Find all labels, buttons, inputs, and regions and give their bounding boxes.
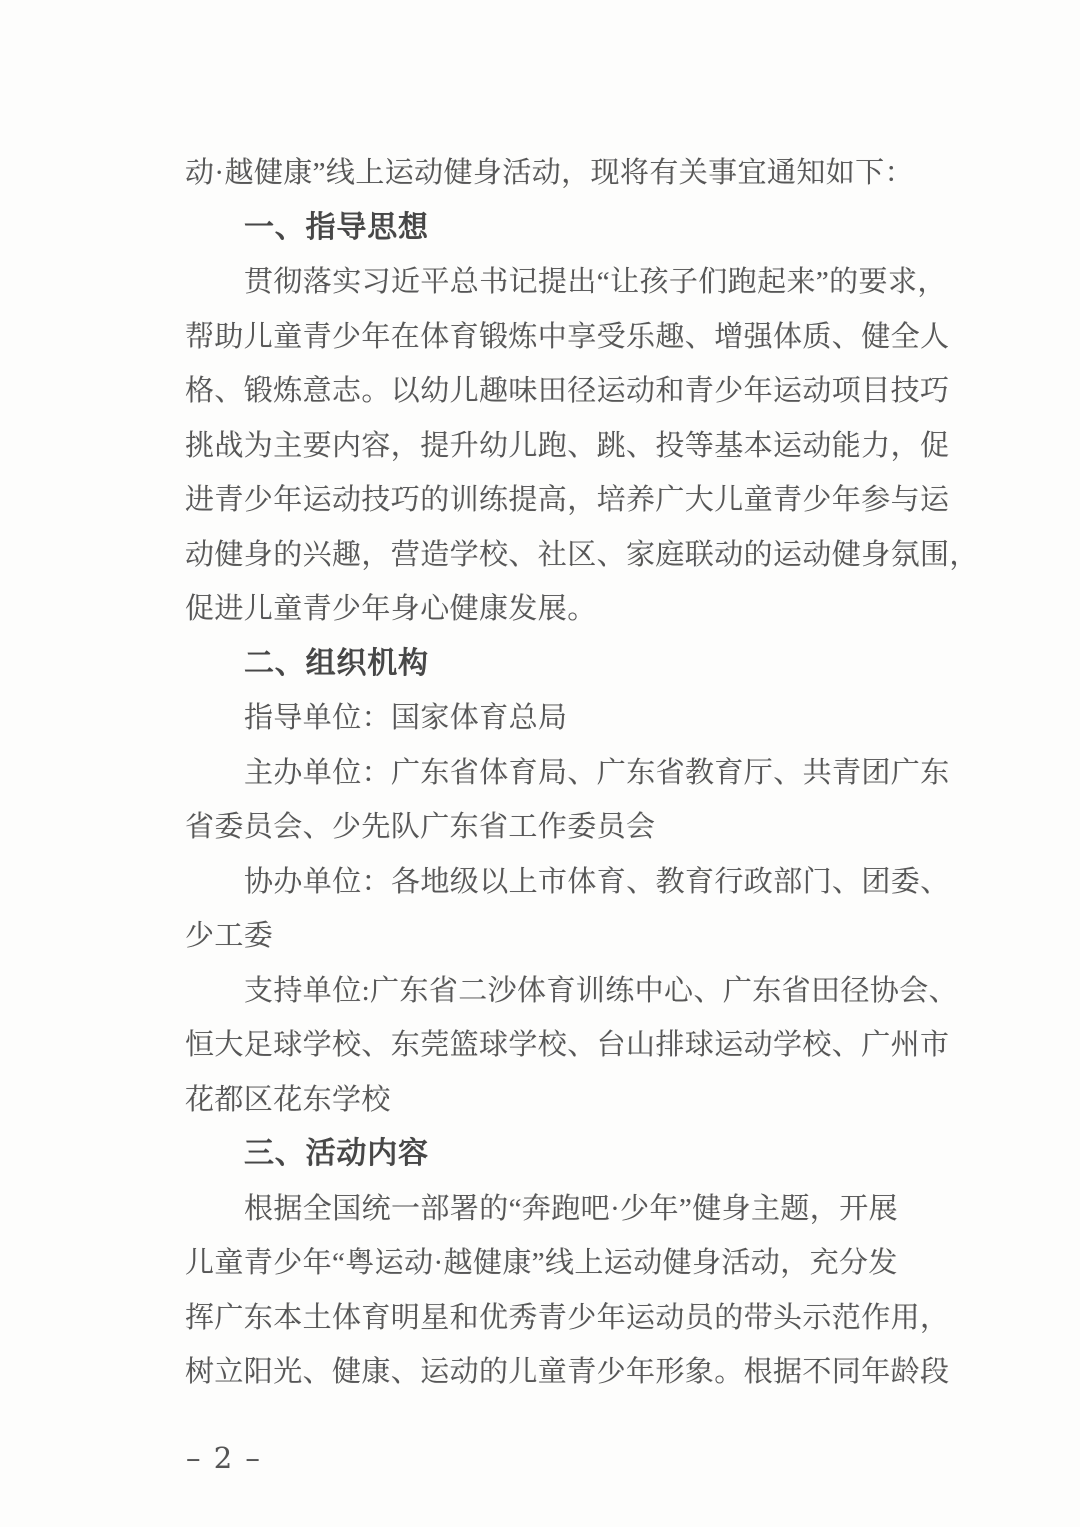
document-line: 主办单位：广东省体育局、广东省教育厅、共青团广东 bbox=[185, 746, 975, 801]
document-line: 动健身的兴趣，营造学校、社区、家庭联动的运动健身氛围， bbox=[185, 528, 975, 583]
document-line: 少工委 bbox=[185, 909, 975, 964]
section-heading: 一、指导思想 bbox=[185, 201, 975, 256]
document-line: 挑战为主要内容，提升幼儿跑、跳、投等基本运动能力，促 bbox=[185, 419, 975, 474]
document-body: 动·越健康”线上运动健身活动，现将有关事宜通知如下：一、指导思想贯彻落实习近平总… bbox=[185, 146, 975, 1400]
document-line: 支持单位:广东省二沙体育训练中心、广东省田径协会、 bbox=[185, 964, 975, 1019]
document-line: 进青少年运动技巧的训练提高，培养广大儿童青少年参与运 bbox=[185, 473, 975, 528]
document-line: 儿童青少年“粤运动·越健康”线上运动健身活动，充分发 bbox=[185, 1236, 975, 1291]
document-line: 根据全国统一部署的“奔跑吧·少年”健身主题，开展 bbox=[185, 1182, 975, 1237]
document-line: 协办单位：各地级以上市体育、教育行政部门、团委、 bbox=[185, 855, 975, 910]
document-line: 贯彻落实习近平总书记提出“让孩子们跑起来”的要求， bbox=[185, 255, 975, 310]
document-line: 帮助儿童青少年在体育锻炼中享受乐趣、增强体质、健全人 bbox=[185, 310, 975, 365]
document-line: 格、锻炼意志。以幼儿趣味田径运动和青少年运动项目技巧 bbox=[185, 364, 975, 419]
document-line: 省委员会、少先队广东省工作委员会 bbox=[185, 800, 975, 855]
document-line: 指导单位：国家体育总局 bbox=[185, 691, 975, 746]
section-heading: 三、活动内容 bbox=[185, 1127, 975, 1182]
document-line: 动·越健康”线上运动健身活动，现将有关事宜通知如下： bbox=[185, 146, 975, 201]
section-heading: 二、组织机构 bbox=[185, 637, 975, 692]
document-page: 动·越健康”线上运动健身活动，现将有关事宜通知如下：一、指导思想贯彻落实习近平总… bbox=[0, 0, 1080, 1527]
document-line: 树立阳光、健康、运动的儿童青少年形象。根据不同年龄段 bbox=[185, 1345, 975, 1400]
page-number: – 2 – bbox=[186, 1431, 262, 1485]
document-line: 挥广东本土体育明星和优秀青少年运动员的带头示范作用， bbox=[185, 1291, 975, 1346]
document-line: 恒大足球学校、东莞篮球学校、台山排球运动学校、广州市 bbox=[185, 1018, 975, 1073]
document-line: 花都区花东学校 bbox=[185, 1073, 975, 1128]
document-line: 促进儿童青少年身心健康发展。 bbox=[185, 582, 975, 637]
